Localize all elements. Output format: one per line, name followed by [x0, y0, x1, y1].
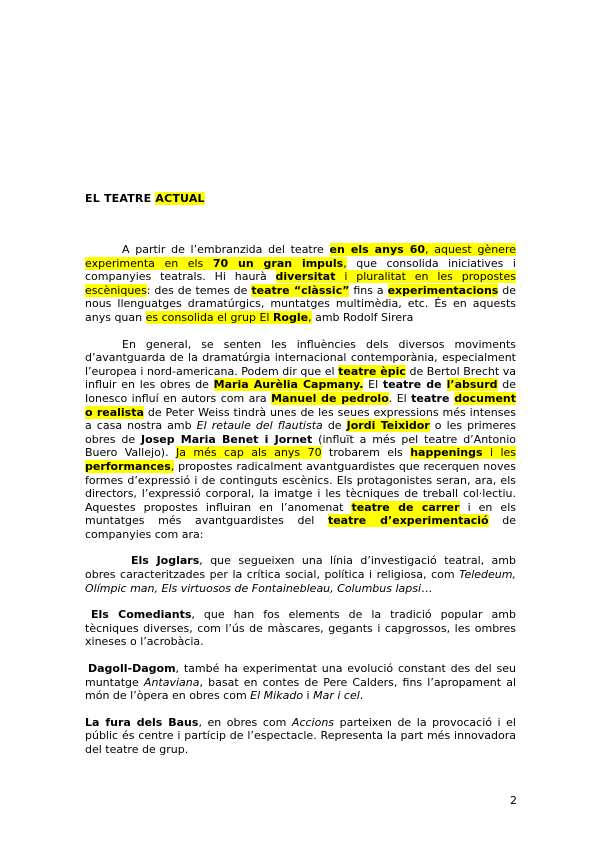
highlighted-text: Manuel de pedrolo	[271, 392, 389, 405]
highlighted-text: en els anys 60	[330, 243, 426, 256]
text-segment: teatre de	[383, 378, 447, 391]
text-segment: i	[303, 689, 313, 702]
highlighted-text: Rogle	[273, 311, 308, 324]
text-segment: A partir de l’embranzida del teatre	[122, 243, 330, 256]
paragraph: A partir de l’embranzida del teatre en e…	[85, 243, 516, 325]
text-segment: El	[363, 378, 382, 391]
text-segment: EL TEATRE	[85, 192, 155, 205]
paragraph: La fura dels Baus, en obres com Accions …	[85, 716, 516, 757]
highlighted-text: i les	[483, 446, 516, 459]
text-segment: trobarem els	[322, 446, 411, 459]
text-segment: La fura dels Baus	[85, 716, 198, 729]
highlighted-text: experimentacions	[388, 284, 499, 297]
text-segment: El Mikado	[250, 689, 303, 702]
paragraph: Els Comediants, que han fos elements de …	[85, 608, 516, 649]
highlighted-text: teatre èpic	[338, 365, 406, 378]
text-segment: Els Joglars	[131, 554, 199, 567]
text-segment: amb Rodolf Sirera	[312, 311, 414, 324]
highlighted-text: teatre de carrer	[351, 501, 459, 514]
highlighted-text: Maria Aurèlia Capmany.	[214, 378, 364, 391]
document-body: A partir de l’embranzida del teatre en e…	[85, 243, 516, 770]
text-segment: .	[360, 689, 364, 702]
text-segment: Mar i cel	[313, 689, 360, 702]
text-segment: Dagoll-Dagom	[88, 662, 176, 675]
paragraph: Dagoll-Dagom, també ha experimentat una …	[85, 662, 516, 703]
highlighted-text: Ja més cap als anys 70	[176, 446, 322, 459]
text-segment: …	[421, 582, 432, 595]
text-segment: El retaule del flautista	[197, 419, 323, 432]
highlighted-text: teatre d’experimentació	[328, 514, 489, 527]
text-segment: teatre	[411, 392, 454, 405]
text-segment: . El	[389, 392, 411, 405]
highlighted-text: es consolida el grup El	[146, 311, 273, 324]
highlighted-text: diversitat	[276, 270, 336, 283]
text-segment: de	[323, 419, 347, 432]
text-segment: Antaviana	[144, 676, 200, 689]
text-segment: , en obres com	[198, 716, 291, 729]
document-page: EL TEATRE ACTUAL A partir de l’embranzid…	[0, 0, 599, 848]
text-segment: Josep Maria Benet i Jornet	[141, 433, 312, 446]
paragraph: En general, se senten les influències de…	[85, 338, 516, 542]
highlighted-text: happenings	[410, 446, 482, 459]
text-segment: Els Comediants	[91, 608, 191, 621]
text-segment: : des de temes de	[147, 284, 252, 297]
document-title: EL TEATRE ACTUAL	[85, 192, 205, 205]
highlighted-text: teatre “clàssic”	[251, 284, 349, 297]
highlighted-text: ACTUAL	[155, 192, 204, 205]
page-number: 2	[510, 794, 517, 807]
text-segment: fins a	[349, 284, 387, 297]
text-segment: Accions	[292, 716, 334, 729]
highlighted-text: 70 un gran impuls	[213, 257, 343, 270]
paragraph: Els Joglars, que segueixen una línia d’i…	[85, 554, 516, 595]
highlighted-text: l’absurd	[447, 378, 498, 391]
highlighted-text: Jordi Teixidor	[347, 419, 430, 432]
highlighted-text: performances	[85, 460, 171, 473]
